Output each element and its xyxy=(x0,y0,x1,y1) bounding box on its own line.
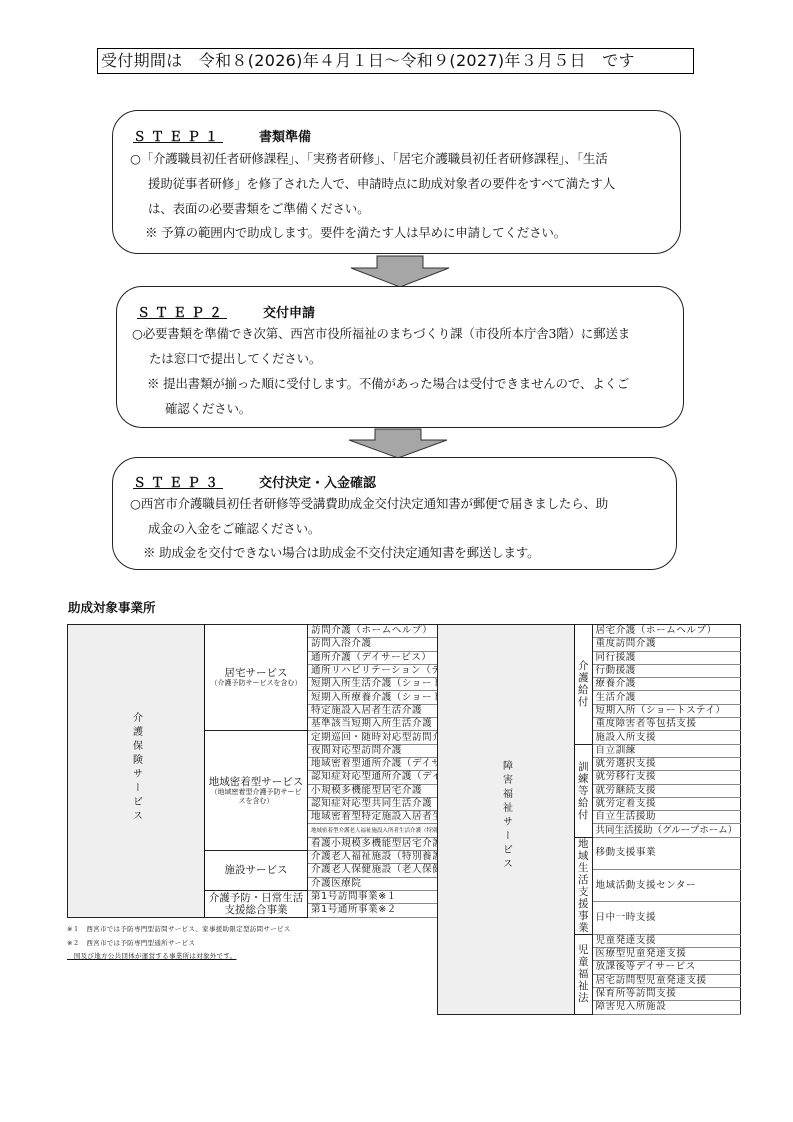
step-note: ※ 予算の範囲内で助成します。要件を満たす人は早めに申請してください。 xyxy=(145,223,566,241)
footnote: ※１ 西宮市では予防専門型訪問サービス、家事援助限定型訪問サービス xyxy=(67,924,291,933)
list-item: 障害児入所施設 xyxy=(592,1001,741,1014)
list-item: 放課後等デイサービス xyxy=(592,961,741,974)
application-period-banner: 受付期間は 令和８(2026)年４月１日～令和９(2027)年３月５日 です xyxy=(97,48,694,74)
step-text: ○必要書類を準備でき次第、西宮市役所福祉のまちづくり課（市役所本庁舎3階）に郵送… xyxy=(132,324,630,342)
shogai-category-label: 障害福祉サービス xyxy=(438,625,575,1015)
list-item: 児童発達支援 xyxy=(592,934,741,947)
list-item: 医療型児童発達支援 xyxy=(592,948,741,961)
list-item: 居宅訪問型児童発達支援 xyxy=(592,974,741,987)
kaigo-category-label: 介護保険サービス xyxy=(68,625,205,918)
list-item: 日中一時支援 xyxy=(592,902,741,934)
list-item: 生活介護 xyxy=(592,691,741,704)
step-3-heading: ＳＴＥＰ３交付決定・入金確認 xyxy=(133,472,376,491)
footnote: ※２ 西宮市では予防専門型通所サービス xyxy=(67,938,195,947)
list-item: 重度障害者等包括支援 xyxy=(592,718,741,731)
group-label: 介護予防・日常生活支援総合事業 xyxy=(205,890,308,917)
step-text: 援助従事者研修」を修了された人で、申請時点に助成対象者の要件をすべて満たす人 xyxy=(148,174,615,192)
list-item: 療養介護 xyxy=(592,678,741,691)
list-item: 就労移行支援 xyxy=(592,771,741,784)
step-title: 交付申請 xyxy=(263,306,315,321)
group-label: 居宅サービス（介護予防サービスを含む） xyxy=(205,625,308,731)
list-item: 就労定着支援 xyxy=(592,797,741,810)
step-2-box: ＳＴＥＰ２交付申請 ○必要書類を準備でき次第、西宮市役所福祉のまちづくり課（市役… xyxy=(116,286,684,428)
list-item: 短期入所（ショートステイ） xyxy=(592,704,741,717)
list-item: 同行援護 xyxy=(592,651,741,664)
list-item: 就労選択支援 xyxy=(592,757,741,770)
step-number: ＳＴＥＰ２ xyxy=(137,305,227,320)
step-text: たは窓口で提出してください。 xyxy=(149,349,321,367)
section-title: 助成対象事業所 xyxy=(68,598,156,616)
group-label: 児童福祉法 xyxy=(575,934,593,1014)
step-1-heading: ＳＴＥＰ１書類準備 xyxy=(133,126,311,145)
step-title: 書類準備 xyxy=(259,130,311,145)
step-text: ○「介護職員初任者研修課程」、「実務者研修」、「居宅介護職員初任者研修課程」、「… xyxy=(130,149,608,167)
group-label: 施設サービス xyxy=(205,851,308,891)
footnote: 国及び地方公共団体が運営する事業所は対象外です。 xyxy=(67,951,236,960)
list-item: 保育所等訪問支援 xyxy=(592,987,741,1000)
list-item: 就労継続支援 xyxy=(592,784,741,797)
list-item: 重度訪問介護 xyxy=(592,638,741,651)
group-label: 地域生活支援事業 xyxy=(575,837,593,934)
step-text: ○西宮市介護職員初任者研修等受講費助成金交付決定通知書が郵便で届きましたら、助 xyxy=(130,494,608,512)
group-label: 訓練等給付 xyxy=(575,744,593,837)
step-text: 成金の入金をご確認ください。 xyxy=(148,519,320,537)
step-number: ＳＴＥＰ１ xyxy=(133,129,223,144)
list-item: 地域活動支援センター xyxy=(592,870,741,902)
list-item: 施設入所支援 xyxy=(592,731,741,744)
list-item: 行動援護 xyxy=(592,664,741,677)
down-arrow-icon xyxy=(348,428,448,459)
list-item: 自立訓練 xyxy=(592,744,741,757)
group-label: 地域密着型サービス（地域密着型介護予防サービスを含む） xyxy=(205,731,308,851)
step-note: 確認ください。 xyxy=(165,399,251,417)
list-item: 移動支援事業 xyxy=(592,837,741,869)
step-3-box: ＳＴＥＰ３交付決定・入金確認 ○西宮市介護職員初任者研修等受講費助成金交付決定通… xyxy=(112,457,677,570)
step-number: ＳＴＥＰ３ xyxy=(133,475,223,490)
list-item: 居宅介護（ホームヘルプ） xyxy=(592,625,741,638)
shogai-service-table: 障害福祉サービス 介護給付 居宅介護（ホームヘルプ） 重度訪問介護 同行援護 行… xyxy=(437,624,741,1015)
step-note: ※ 提出書類が揃った順に受付します。不備があった場合は受付できませんので、よくご xyxy=(147,374,629,392)
step-text: は、表面の必要書類をご準備ください。 xyxy=(148,199,369,217)
down-arrow-icon xyxy=(350,255,450,288)
step-note: ※ 助成金を交付できない場合は助成金不交付決定通知書を郵送します。 xyxy=(143,543,539,561)
list-item: 自立生活援助 xyxy=(592,811,741,824)
step-2-heading: ＳＴＥＰ２交付申請 xyxy=(137,302,315,321)
list-item: 共同生活援助（グループホーム） xyxy=(592,824,741,837)
step-title: 交付決定・入金確認 xyxy=(259,476,376,491)
step-1-box: ＳＴＥＰ１書類準備 ○「介護職員初任者研修課程」、「実務者研修」、「居宅介護職員… xyxy=(112,110,681,254)
group-label: 介護給付 xyxy=(575,625,593,745)
